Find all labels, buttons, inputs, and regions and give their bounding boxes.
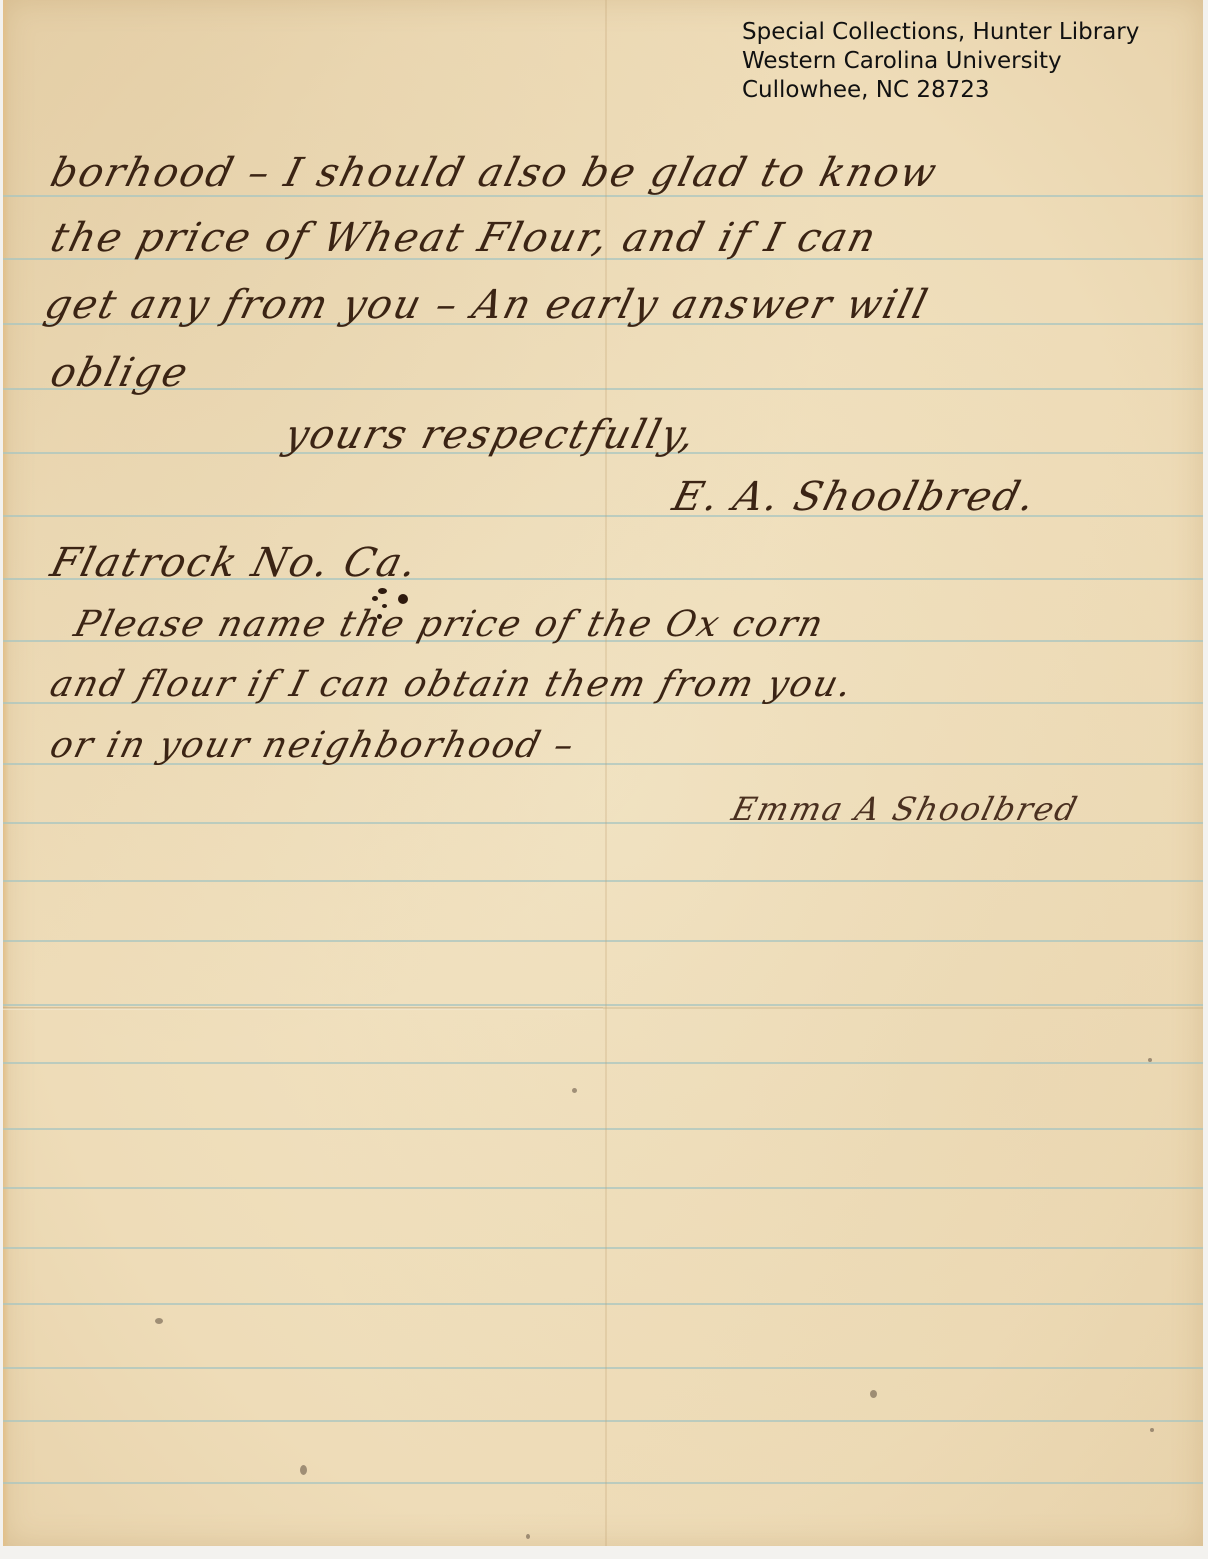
ink-blot [377,614,382,619]
ink-blot [382,604,387,608]
ink-blot [372,596,378,601]
ruled-line [3,1004,1203,1006]
archive-line-2: Western Carolina University [742,47,1139,76]
ruled-line [3,1482,1203,1484]
archive-attribution: Special Collections, Hunter Library West… [742,18,1139,105]
paper-speck [1148,1058,1152,1062]
ruled-line [3,1420,1203,1422]
paper-speck [526,1534,530,1539]
paper-speck [155,1318,163,1324]
letter-line-3: get any from you – An early answer will [40,282,934,328]
letter-line-1: borhood – I should also be glad to know [46,150,943,196]
paper-speck [572,1088,577,1093]
ruled-line [3,1128,1203,1130]
ink-blot [398,594,408,604]
paper-speck [870,1390,877,1398]
postscript-line-1: Please name the price of the Ox corn [70,604,829,645]
signature-initials: E. A. Shoolbred. [668,474,1041,520]
paper-speck [1150,1428,1154,1432]
letter-place: Flatrock No. Ca. [46,540,423,586]
letter-line-4: oblige [46,350,194,396]
signature-full: Emma A Shoolbred [728,790,1083,828]
paper-speck [300,1465,307,1475]
horizontal-fold-crease-right [603,1007,1203,1009]
letter-closing: yours respectfully, [280,412,702,458]
ruled-line [3,1247,1203,1249]
ruled-line [3,1187,1203,1189]
ruled-line [3,940,1203,942]
archive-line-3: Cullowhee, NC 28723 [742,76,1139,105]
ruled-line [3,1062,1203,1064]
ruled-line [3,880,1203,882]
ruled-line [3,1367,1203,1369]
letter-line-2: the price of Wheat Flour, and if I can [46,215,882,261]
ruled-line [3,1303,1203,1305]
archive-line-1: Special Collections, Hunter Library [742,18,1139,47]
horizontal-fold-crease [3,1007,603,1010]
postscript-line-2: and flour if I can obtain them from you. [46,664,858,705]
ink-blot [378,588,387,594]
postscript-line-3: or in your neighborhood – [46,725,580,766]
